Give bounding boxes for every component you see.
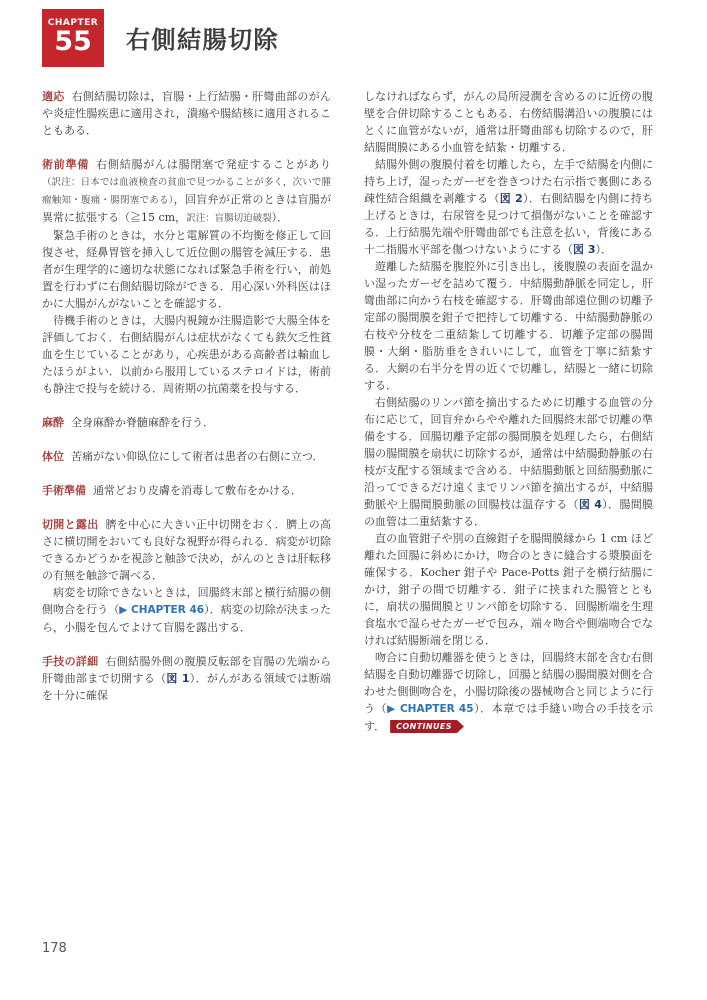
left-column: 適応右側結腸切除は，盲腸・上行結腸・肝彎曲部のがんや炎症性腸疾患に適用され，潰瘍…: [42, 88, 331, 735]
body-text: 苦痛がない仰臥位にして術者は患者の右側に立つ．: [71, 450, 324, 463]
paragraph: 手技の詳細右側結腸外側の腹膜反転部を盲腸の先端から肝彎曲部まで切開する（図 1）…: [42, 653, 331, 704]
paragraph: 直の血管鉗子や別の直線鉗子を腸間膜縁から 1 cm ほど離れた回腸に斜めにかけ，…: [364, 530, 653, 649]
page-title: 右側結腸切除: [126, 20, 279, 55]
chapter-header: CHAPTER 55 右側結腸切除: [42, 4, 279, 71]
body-text: ）．: [272, 211, 289, 224]
paragraph: 緊急手術のときは，水分と電解質の不均衡を修正して回復させ，経鼻胃管を挿入して近位…: [42, 227, 331, 312]
paragraph: 術前準備右側結腸がんは腸閉塞で発症することがあり（訳注：日本では血液検査の貧血で…: [42, 156, 331, 227]
paragraph: 待機手術のときは，大腸内視鏡か注腸造影で大腸全体を評価しておく．右側結腸がんは症…: [42, 312, 331, 397]
section-heading: 体位: [42, 450, 64, 463]
paragraph: 体位苦痛がない仰臥位にして術者は患者の右側に立つ．: [42, 448, 331, 465]
paragraph: しなければならず，がんの局所浸潤を含めるのに近傍の腹壁を合併切除することもある．…: [364, 88, 653, 156]
body-text: しなければならず，がんの局所浸潤を含めるのに近傍の腹壁を合併切除することもある．…: [364, 90, 653, 154]
body-text: 右側結腸切除は，盲腸・上行結腸・肝彎曲部のがんや炎症性腸疾患に適用され，潰瘍や腸…: [42, 90, 331, 137]
section-heading: 切開と露出: [42, 518, 99, 531]
figure-ref: 図 2: [500, 192, 523, 205]
body-text: 右側結腸のリンパ節を摘出するために切離する血管の分布に応じて，回盲弁からやや離れ…: [364, 396, 653, 511]
paragraph: 麻酔全身麻酔か脊髄麻酔を行う．: [42, 414, 331, 431]
section-heading: 手技の詳細: [42, 655, 98, 668]
paragraph: 病変を切除できないときは，回腸終末部と横行結腸の側側吻合を行う（▶ CHAPTE…: [42, 584, 331, 636]
body-text: 緊急手術のときは，水分と電解質の不均衡を修正して回復させ，経鼻胃管を挿入して近位…: [42, 229, 331, 310]
chapter-ref: ▶ CHAPTER 46: [119, 604, 204, 616]
section-heading: 麻酔: [42, 416, 64, 429]
section-heading: 術前準備: [42, 158, 89, 171]
chapter-ref: ▶ CHAPTER 45: [387, 703, 473, 715]
text-columns: 適応右側結腸切除は，盲腸・上行結腸・肝彎曲部のがんや炎症性腸疾患に適用され，潰瘍…: [42, 88, 653, 735]
body-text: 全身麻酔か脊髄麻酔を行う．: [71, 416, 214, 429]
figure-ref: 図 4: [579, 498, 602, 511]
chapter-number-badge: CHAPTER 55: [42, 9, 104, 67]
right-column: しなければならず，がんの局所浸潤を含めるのに近傍の腹壁を合併切除することもある．…: [364, 88, 653, 735]
paragraph: 吻合に自動切離器を使うときは，回腸終末部を含む右側結腸を自動切離器で切除し，回腸…: [364, 649, 653, 735]
figure-ref: 図 3: [573, 243, 595, 256]
page-number: 178: [42, 941, 67, 956]
paragraph: 結腸外側の腹膜付着を切離したら，左手で結腸を内側に持ち上げ，湿ったガーゼを巻きつ…: [364, 156, 653, 258]
section-heading: 手術準備: [42, 484, 86, 497]
translator-note: 訳注：盲腸切迫破裂: [186, 213, 272, 224]
paragraph: 切開と露出臍を中心に大きい正中切開をおく．臍上の高さに横切開をおいても良好な視野…: [42, 516, 331, 584]
section-heading: 適応: [42, 90, 65, 103]
paragraph: 適応右側結腸切除は，盲腸・上行結腸・肝彎曲部のがんや炎症性腸疾患に適用され，潰瘍…: [42, 88, 331, 139]
body-text: 右側結腸がんは腸閉塞で発症することがあり: [96, 158, 331, 171]
figure-ref: 図 1: [166, 672, 189, 685]
chapter-number: 55: [54, 28, 92, 56]
paragraph: 遊離した結腸を腹腔外に引き出し，後腹膜の表面を温かい湿ったガーゼを詰めて覆う．中…: [364, 258, 653, 394]
body-text: 遊離した結腸を腹腔外に引き出し，後腹膜の表面を温かい湿ったガーゼを詰めて覆う．中…: [364, 260, 653, 392]
continues-badge: CONTINUES: [390, 720, 464, 733]
paragraph: 右側結腸のリンパ節を摘出するために切離する血管の分布に応じて，回盲弁からやや離れ…: [364, 394, 653, 530]
body-text: ）．: [595, 243, 612, 256]
body-text: 直の血管鉗子や別の直線鉗子を腸間膜縁から 1 cm ほど離れた回腸に斜めにかけ，…: [364, 532, 653, 647]
body-text: 通常どおり皮膚を消毒して敷布をかける．: [93, 484, 302, 497]
body-text: 待機手術のときは，大腸内視鏡か注腸造影で大腸全体を評価しておく．右側結腸がんは症…: [42, 314, 331, 395]
paragraph: 手術準備通常どおり皮膚を消毒して敷布をかける．: [42, 482, 331, 499]
